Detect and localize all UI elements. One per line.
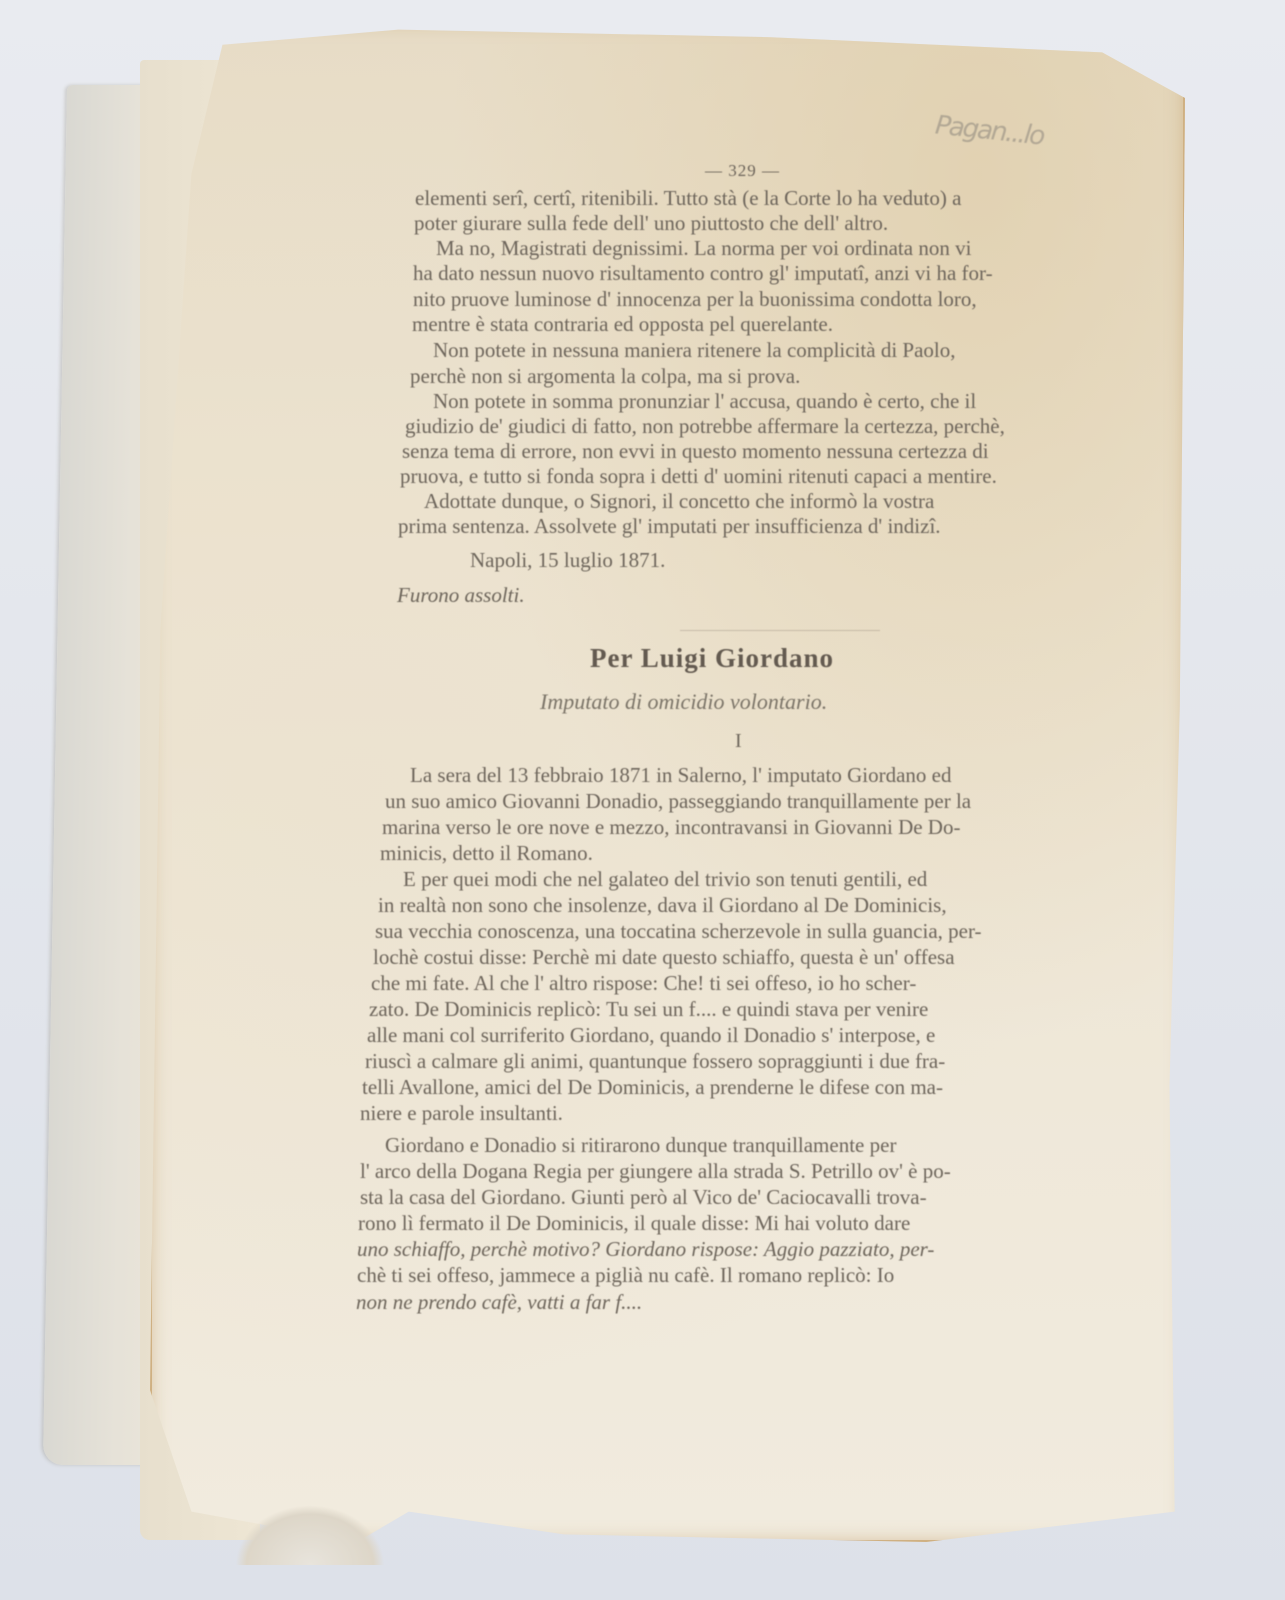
- text-line: non ne prendo cafè, vatti a far f....: [356, 1289, 642, 1315]
- text-line: che mi fate. Al che l' altro rispose: Ch…: [371, 970, 916, 996]
- text-line: rono lì fermato il De Dominicis, il qual…: [358, 1210, 910, 1236]
- text-line: lochè costui disse: Perchè mi date quest…: [373, 944, 955, 970]
- text-line: l' arco della Dogana Regia per giungere …: [360, 1158, 951, 1184]
- text-line: alle mani col surriferito Giordano, quan…: [367, 1022, 935, 1048]
- section-divider: [680, 630, 880, 631]
- verdict: Furono assolti.: [397, 582, 525, 608]
- text-line: chè ti sei offeso, jammece a piglià nu c…: [357, 1262, 894, 1288]
- text-line: Non potete in nessuna maniera ritenere l…: [433, 337, 956, 363]
- section-subheading: Imputato di omicidio volontario.: [540, 689, 827, 715]
- text-line: sta la casa del Giordano. Giunti però al…: [360, 1184, 927, 1210]
- text-line: un suo amico Giovanni Donadio, passeggia…: [385, 788, 971, 814]
- text-line: Adottate dunque, o Signori, il concetto …: [424, 488, 934, 514]
- text-line: Giordano e Donadio si ritirarono dunque …: [385, 1132, 896, 1158]
- text-line: uno schiaffo, perchè motivo? Giordano ri…: [357, 1236, 934, 1262]
- text-line: elementi serî, certî, ritenibili. Tutto …: [415, 185, 961, 211]
- text-line: nito pruove luminose d' innocenza per la…: [413, 286, 977, 312]
- text-line: minicis, detto il Romano.: [380, 840, 593, 866]
- handwritten-note: Pagan...lo: [934, 112, 1045, 149]
- text-line: marina verso le ore nove e mezzo, incont…: [382, 814, 960, 840]
- page-number: — 329 —: [705, 158, 780, 184]
- text-line: riuscì a calmare gli animi, quantunque f…: [365, 1048, 945, 1074]
- text-line: prima sentenza. Assolvete gl' imputati p…: [398, 513, 941, 539]
- dateline: Napoli, 15 luglio 1871.: [470, 547, 665, 573]
- text-line: Ma no, Magistrati degnissimi. La norma p…: [436, 235, 971, 261]
- text-line: E per quei modi che nel galateo del triv…: [403, 866, 927, 892]
- text-line: giudizio de' giudici di fatto, non potre…: [405, 413, 1005, 439]
- text-line: senza tema di errore, non evvi in questo…: [402, 438, 989, 464]
- page-text: Pagan...lo — 329 — elementi serî, certî,…: [0, 0, 1285, 1600]
- section-numeral: I: [735, 728, 742, 754]
- text-line: niere e parole insultanti.: [360, 1100, 563, 1126]
- text-line: Non potete in somma pronunziar l' accusa…: [433, 388, 976, 414]
- text-line: mentre è stata contraria ed opposta pel …: [412, 311, 833, 337]
- section-heading: Per Luigi Giordano: [590, 645, 834, 671]
- text-line: zato. De Dominicis replicò: Tu sei un f.…: [369, 996, 928, 1022]
- text-line: ha dato nessun nuovo risultamento contro…: [413, 260, 993, 286]
- text-line: telli Avallone, amici del De Dominicis, …: [362, 1074, 943, 1100]
- text-line: poter giurare sulla fede dell' uno piutt…: [414, 210, 888, 236]
- text-line: in realtà non sono che insolenze, dava i…: [378, 892, 947, 918]
- text-line: pruova, e tutto si fonda sopra i detti d…: [400, 463, 997, 489]
- text-line: La sera del 13 febbraio 1871 in Salerno,…: [410, 762, 951, 788]
- text-line: perchè non si argomenta la colpa, ma si …: [410, 363, 800, 389]
- text-line: sua vecchia conoscenza, una toccatina sc…: [375, 918, 982, 944]
